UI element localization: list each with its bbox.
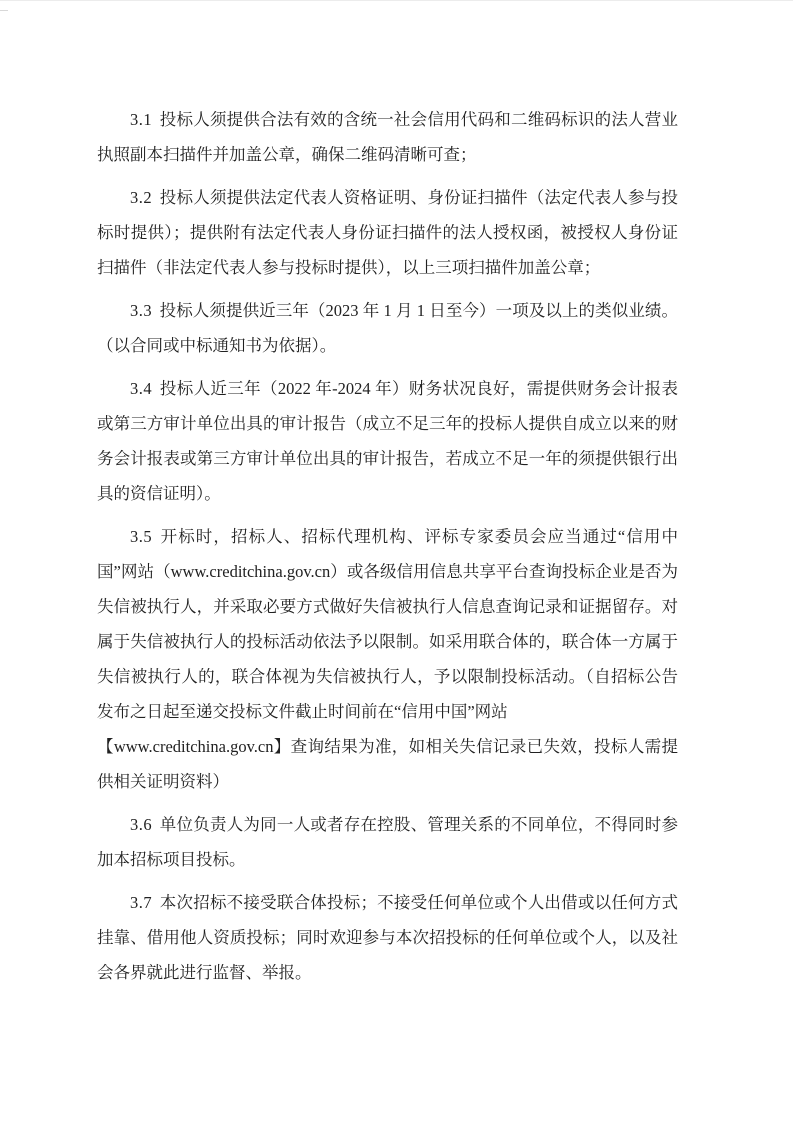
page-top-edge-line (0, 0, 793, 1)
clause-text-3-4: 投标人近三年（2022 年-2024 年）财务状况良好，需提供财务会计报表或第三… (97, 379, 678, 503)
clause-text-3-3: 投标人须提供近三年（2023 年 1 月 1 日至今）一项及以上的类似业绩。（以… (97, 301, 678, 355)
paragraph-3-3: 3.3投标人须提供近三年（2023 年 1 月 1 日至今）一项及以上的类似业绩… (97, 293, 678, 363)
paragraph-3-6: 3.6单位负责人为同一人或者存在控股、管理关系的不同单位，不得同时参加本招标项目… (97, 807, 678, 877)
document-body: 3.1投标人须提供合法有效的含统一社会信用代码和二维码标识的法人营业执照副本扫描… (97, 102, 678, 998)
clause-text-3-7: 本次招标不接受联合体投标；不接受任何单位或个人出借或以任何方式挂靠、借用他人资质… (97, 893, 678, 982)
clause-number-3-3: 3.3 (130, 301, 152, 320)
clause-text-3-2: 投标人须提供法定代表人资格证明、身份证扫描件（法定代表人参与投标时提供）；提供附… (97, 188, 678, 277)
clause-number-3-7: 3.7 (130, 893, 152, 912)
clause-text-3-6: 单位负责人为同一人或者存在控股、管理关系的不同单位，不得同时参加本招标项目投标。 (97, 815, 678, 869)
clause-text-3-5-continuation: 【www.creditchina.gov.cn】查询结果为准，如相关失信记录已失… (97, 737, 678, 791)
clause-number-3-4: 3.4 (130, 379, 152, 398)
paragraph-3-5-continuation: 【www.creditchina.gov.cn】查询结果为准，如相关失信记录已失… (97, 729, 678, 799)
clause-text-3-1: 投标人须提供合法有效的含统一社会信用代码和二维码标识的法人营业执照副本扫描件并加… (97, 110, 678, 164)
clause-number-3-5: 3.5 (130, 527, 152, 546)
paragraph-3-7: 3.7本次招标不接受联合体投标；不接受任何单位或个人出借或以任何方式挂靠、借用他… (97, 885, 678, 990)
clause-number-3-2: 3.2 (130, 188, 152, 207)
paragraph-3-1: 3.1投标人须提供合法有效的含统一社会信用代码和二维码标识的法人营业执照副本扫描… (97, 102, 678, 172)
paragraph-3-2: 3.2投标人须提供法定代表人资格证明、身份证扫描件（法定代表人参与投标时提供）；… (97, 180, 678, 285)
document-page: 3.1投标人须提供合法有效的含统一社会信用代码和二维码标识的法人营业执照副本扫描… (0, 0, 793, 1122)
scan-artifact-mark (0, 10, 8, 11)
clause-number-3-1: 3.1 (130, 110, 152, 129)
paragraph-3-5: 3.5开标时，招标人、招标代理机构、评标专家委员会应当通过“信用中国”网站（ww… (97, 519, 678, 729)
clause-number-3-6: 3.6 (130, 815, 152, 834)
paragraph-3-4: 3.4投标人近三年（2022 年-2024 年）财务状况良好，需提供财务会计报表… (97, 371, 678, 511)
clause-text-3-5: 开标时，招标人、招标代理机构、评标专家委员会应当通过“信用中国”网站（www.c… (97, 527, 678, 721)
